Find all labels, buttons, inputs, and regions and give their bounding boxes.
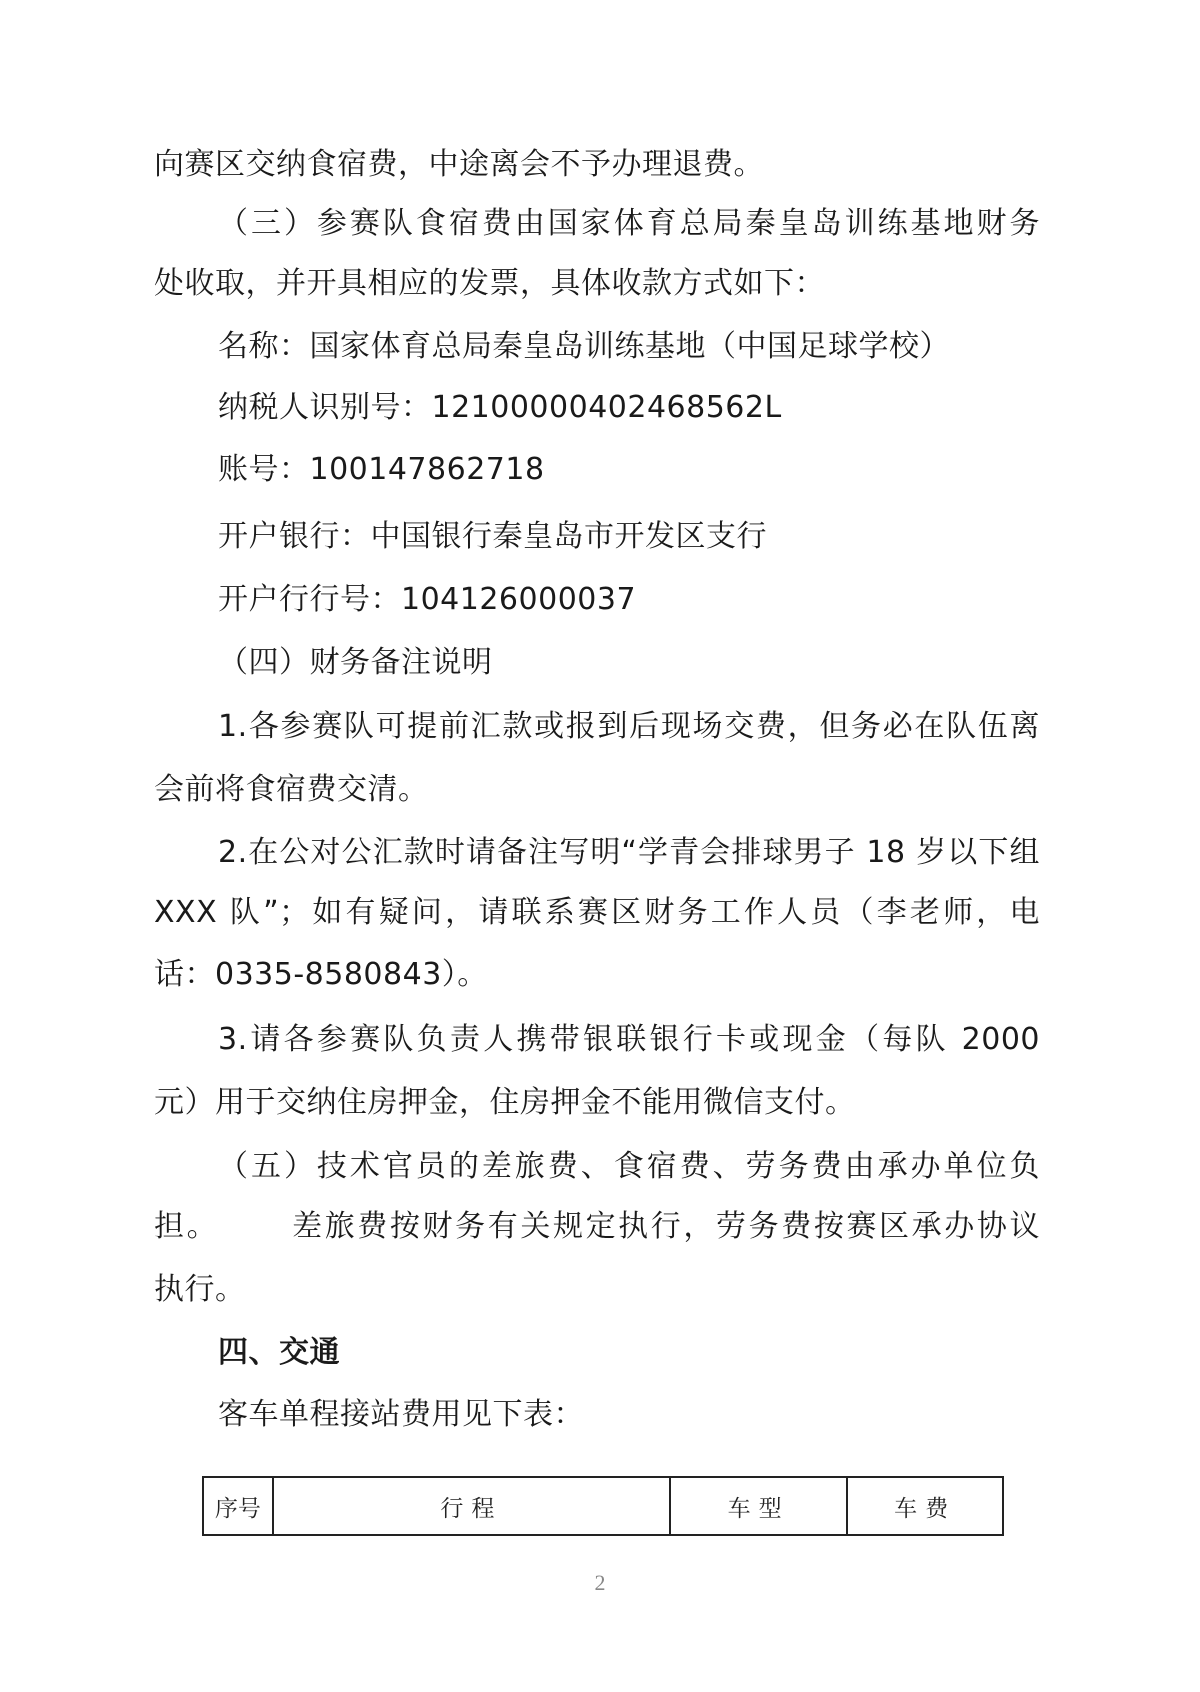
paragraph-line: 会前将食宿费交清。	[154, 770, 1040, 810]
paragraph-line: 元）用于交纳住房押金，住房押金不能用微信支付。	[154, 1083, 1040, 1123]
paragraph-line: （五）技术官员的差旅费、食宿费、劳务费由承办单位负	[218, 1147, 1040, 1187]
paragraph-line: 执行。	[154, 1270, 1040, 1310]
column-header-vehicle-type: 车型	[670, 1477, 848, 1535]
paragraph-line: 2.在公对公汇款时请备注写明“学青会排球男子 18 岁以下组	[218, 833, 1040, 873]
bank-code: 开户行行号：104126000037	[218, 580, 1104, 620]
subsection-heading: （四）财务备注说明	[218, 643, 1104, 683]
document-page: 向赛区交纳食宿费，中途离会不予办理退费。 （三）参赛队食宿费由国家体育总局秦皇岛…	[0, 0, 1200, 1692]
paragraph-line: 担。 差旅费按财务有关规定执行，劳务费按赛区承办协议	[154, 1207, 1040, 1247]
table-header-row: 序号 行程 车型 车费	[203, 1477, 1003, 1535]
column-header-route: 行程	[273, 1477, 670, 1535]
fare-table: 序号 行程 车型 车费	[202, 1476, 1004, 1536]
table-intro: 客车单程接站费用见下表：	[218, 1395, 1104, 1435]
section-heading: 四、交通	[218, 1333, 1104, 1373]
paragraph-line: XXX 队”；如有疑问，请联系赛区财务工作人员（李老师，电	[154, 893, 1040, 933]
column-header-fare: 车费	[847, 1477, 1003, 1535]
payee-name: 名称：国家体育总局秦皇岛训练基地（中国足球学校）	[218, 327, 1104, 367]
column-header-index: 序号	[203, 1477, 273, 1535]
page-number: 2	[590, 1570, 610, 1596]
account-number: 账号：100147862718	[218, 450, 1104, 490]
paragraph-line: （三）参赛队食宿费由国家体育总局秦皇岛训练基地财务	[218, 204, 1040, 244]
bank-name: 开户银行：中国银行秦皇岛市开发区支行	[218, 517, 1104, 557]
paragraph-line: 向赛区交纳食宿费，中途离会不予办理退费。	[154, 145, 1040, 185]
paragraph-line: 话：0335-8580843）。	[154, 955, 1040, 995]
paragraph-line: 1.各参赛队可提前汇款或报到后现场交费，但务必在队伍离	[218, 707, 1040, 747]
paragraph-line: 3.请各参赛队负责人携带银联银行卡或现金（每队 2000	[218, 1020, 1040, 1060]
taxpayer-id: 纳税人识别号：12100000402468562L	[218, 388, 1104, 428]
paragraph-line: 处收取，并开具相应的发票，具体收款方式如下：	[154, 264, 1040, 304]
